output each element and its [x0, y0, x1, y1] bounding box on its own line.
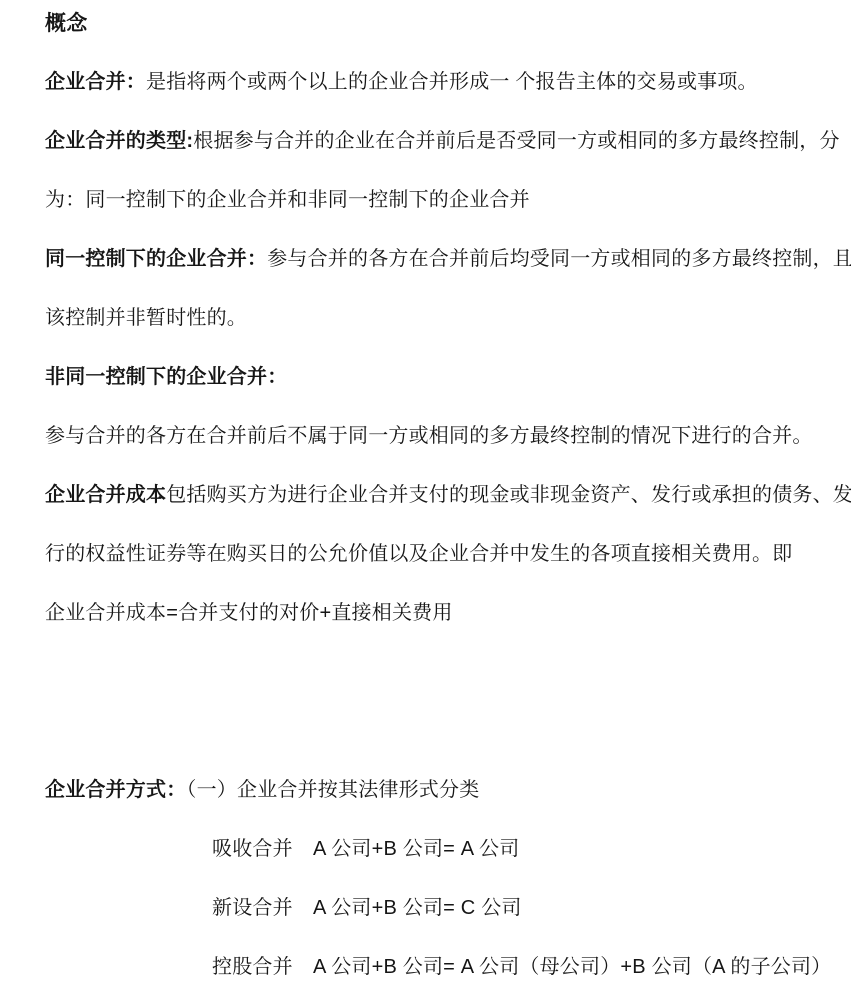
term-text-run: 企业合并方式：: [45, 779, 186, 801]
document-line: 行的权益性证券等在购买日的公允价值以及企业合并中发生的各项直接相关费用。即: [45, 525, 815, 584]
text-run: 企业合并成本=合并支付的对价+直接相关费用: [45, 602, 453, 624]
text-run: 该控制并非暂时性的。: [45, 307, 247, 329]
text-run: 吸收合并 A 公司+B 公司= A 公司: [212, 838, 519, 860]
document-line: 吸收合并 A 公司+B 公司= A 公司: [45, 820, 815, 879]
text-run: 是指将两个或两个以上的企业合并形成一 个报告主体的交易或事项。: [146, 71, 758, 93]
text-run: 参与合并的各方在合并前后均受同一方或相同的多方最终控制，且: [267, 248, 851, 270]
text-run: 为：同一控制下的企业合并和非同一控制下的企业合并: [45, 189, 530, 211]
document-line: 企业合并：是指将两个或两个以上的企业合并形成一 个报告主体的交易或事项。: [45, 53, 815, 112]
document-line: 该控制并非暂时性的。: [45, 289, 815, 348]
text-run: 新设合并 A 公司+B 公司= C 公司: [212, 897, 522, 919]
text-run: 参与合并的各方在合并前后不属于同一方或相同的多方最终控制的情况下进行的合并。: [45, 425, 813, 447]
text-run: 包括购买方为进行企业合并支付的现金或非现金资产、发行或承担的债务、发: [166, 484, 851, 506]
document-line: 企业合并成本包括购买方为进行企业合并支付的现金或非现金资产、发行或承担的债务、发: [45, 466, 815, 525]
text-run: 根据参与合并的企业在合并前后是否受同一方或相同的多方最终控制，分: [193, 130, 839, 152]
blank-line: [45, 643, 815, 702]
term-text-run: 同一控制下的企业合并：: [45, 248, 267, 270]
document-line: 参与合并的各方在合并前后不属于同一方或相同的多方最终控制的情况下进行的合并。: [45, 407, 815, 466]
document-line: 同一控制下的企业合并：参与合并的各方在合并前后均受同一方或相同的多方最终控制，且: [45, 230, 815, 289]
document-line: 企业合并成本=合并支付的对价+直接相关费用: [45, 584, 815, 643]
term-text-run: 企业合并成本: [45, 484, 166, 506]
text-run: 控股合并 A 公司+B 公司= A 公司（母公司）+B 公司（A 的子公司）: [212, 956, 831, 978]
blank-line: [45, 702, 815, 761]
term-text-run: 非同一控制下的企业合并：: [45, 366, 287, 388]
document-page: 概念企业合并：是指将两个或两个以上的企业合并形成一 个报告主体的交易或事项。企业…: [0, 0, 851, 984]
document-line: 新设合并 A 公司+B 公司= C 公司: [45, 879, 815, 938]
document-line: 企业合并方式：（一）企业合并按其法律形式分类: [45, 761, 815, 820]
text-run: 行的权益性证券等在购买日的公允价值以及企业合并中发生的各项直接相关费用。即: [45, 543, 792, 565]
document-line: 概念: [45, 0, 815, 53]
document-line: 控股合并 A 公司+B 公司= A 公司（母公司）+B 公司（A 的子公司）: [45, 938, 815, 984]
term-text-run: 概念: [45, 12, 87, 35]
document-line: 企业合并的类型:根据参与合并的企业在合并前后是否受同一方或相同的多方最终控制，分: [45, 112, 815, 171]
term-text-run: 企业合并的类型:: [45, 130, 193, 152]
document-line: 为：同一控制下的企业合并和非同一控制下的企业合并: [45, 171, 815, 230]
document-line: 非同一控制下的企业合并：: [45, 348, 815, 407]
text-run: （一）企业合并按其法律形式分类: [186, 779, 479, 801]
term-text-run: 企业合并：: [45, 71, 146, 93]
